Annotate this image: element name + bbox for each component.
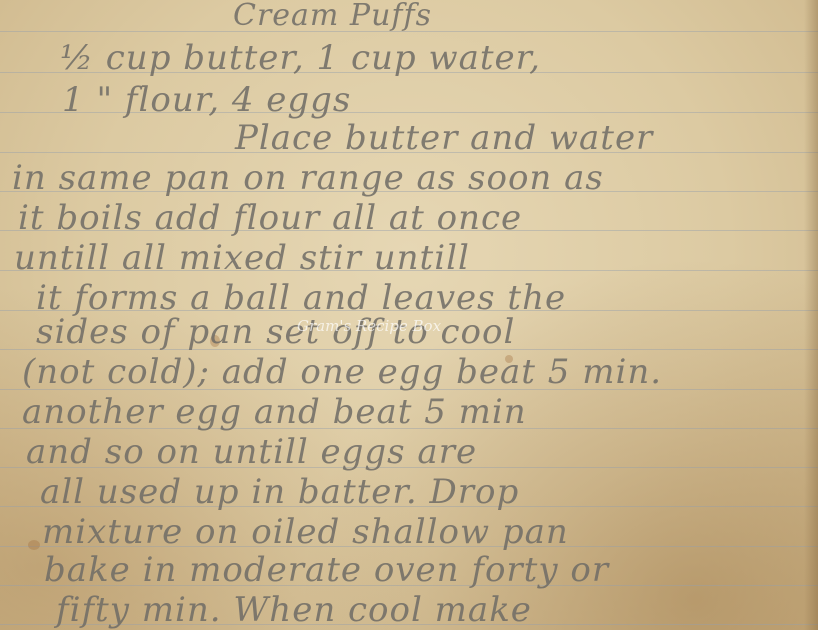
watermark: Gram's Recipe Box — [297, 317, 441, 335]
instruction-line: mixture on oiled shallow pan — [42, 512, 569, 552]
ingredient-line: ½ cup butter, 1 cup water, — [60, 38, 541, 78]
recipe-card-page: Cream Puffs ½ cup butter, 1 cup water, 1… — [0, 0, 818, 630]
instruction-line: untill all mixed stir untill — [14, 238, 470, 278]
recipe-title: Cream Puffs — [233, 0, 432, 33]
page-edge-shadow — [804, 0, 818, 630]
instruction-line: fifty min. When cool make — [56, 590, 532, 630]
instruction-line: another egg and beat 5 min — [22, 392, 527, 432]
instruction-line: sides of pan set off to cool — [36, 312, 515, 352]
stain — [28, 540, 40, 550]
instruction-line: bake in moderate oven forty or — [44, 550, 609, 590]
instruction-line: it boils add flour all at once — [18, 198, 522, 238]
instruction-line: all used up in batter. Drop — [40, 472, 519, 512]
instruction-line: Place butter and water — [235, 118, 653, 158]
instruction-line: in same pan on range as soon as — [12, 158, 604, 198]
instruction-line: (not cold); add one egg beat 5 min. — [22, 352, 662, 392]
instruction-line: and so on untill eggs are — [26, 432, 477, 472]
ingredient-line: 1 " flour, 4 eggs — [62, 80, 351, 120]
